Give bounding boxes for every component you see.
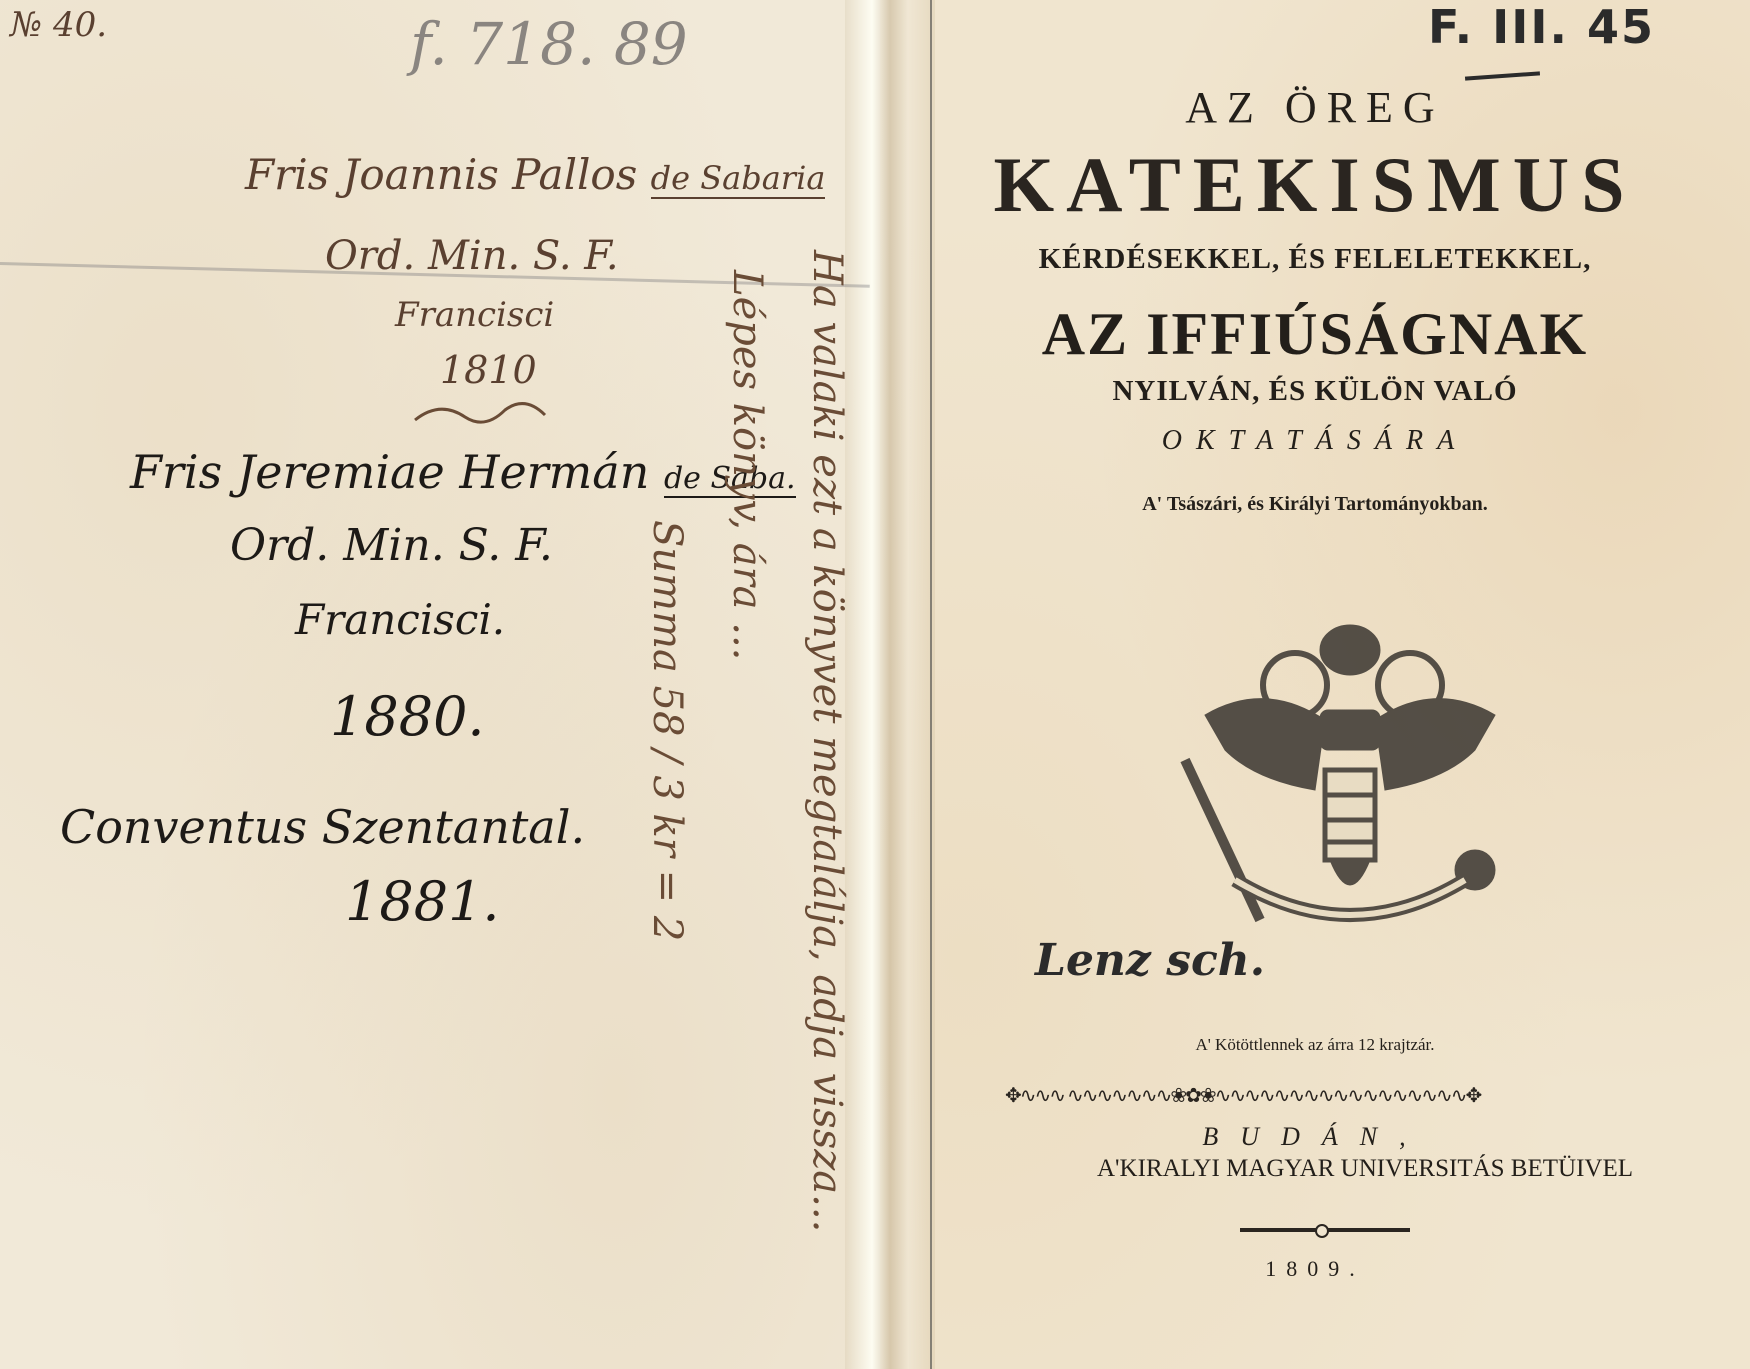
- catalog-number-mark: № 40.: [10, 5, 107, 45]
- inscription-1-origin: de Sabaria: [651, 159, 826, 199]
- inscription-2-name: Fris Jeremiae Hermán: [130, 445, 649, 499]
- inscription-2-francisci: Francisci.: [295, 595, 505, 644]
- flourish-divider-icon: [410, 395, 550, 435]
- inscription-2-year-1881: 1881.: [345, 870, 500, 933]
- subtitle-line-1: KÉRDÉSEKKEL, ÉS FELELETEKKEL,: [880, 243, 1750, 276]
- vertical-note-3: Summa 58 / 3 kr = 2: [644, 520, 690, 941]
- subtitle-line-5: A' Tsászári, és Királyi Tartományokban.: [880, 493, 1750, 516]
- imprint-place: BUDÁN,: [880, 1122, 1750, 1152]
- imprint-year: 1809.: [880, 1256, 1750, 1282]
- subtitle-line-3: NYILVÁN, ÉS KÜLÖN VALÓ: [880, 375, 1750, 408]
- inscription-2-order: Ord. Min. S. F.: [230, 520, 553, 571]
- inscription-1-francisci: Francisci: [395, 295, 554, 335]
- subtitle-line-4: OKTATÁSÁRA: [880, 425, 1750, 457]
- double-headed-eagle-icon: [1165, 620, 1535, 940]
- decorative-wave-border-icon: ✥∿∿∿ ∿∿∿∿∿∿∿❀✿❀∿∿∿∿∿∿∿∿∿∿∿∿∿∿∿∿∿✥: [1005, 1085, 1735, 1105]
- title-line-1: AZ ÖREG: [880, 82, 1750, 133]
- vertical-note-1: Ha valaki ezt a könyvet megtalálja, adja…: [804, 250, 850, 1232]
- imprint-printer: A'KIRALYI MAGYAR UNIVERSITÁS BETÜIVEL: [995, 1155, 1735, 1183]
- inscription-1-name: Fris Joannis Pallos: [245, 150, 637, 199]
- library-shelf-mark: F. III. 45: [1428, 0, 1655, 54]
- ornamental-rule-icon: [1240, 1228, 1410, 1232]
- inscription-2-convent: Conventus Szentantal.: [60, 800, 585, 854]
- pencil-shelf-mark: f. 718. 89: [410, 10, 688, 78]
- vertical-note-2: Lépes könyv, ára ...: [724, 270, 770, 660]
- inscription-1-order: Ord. Min. S. F.: [325, 233, 619, 279]
- subtitle-line-2: AZ IFFIÚSÁGNAK: [880, 300, 1750, 369]
- inscription-1-year: 1810: [440, 348, 537, 392]
- title-main: KATEKISMUS: [880, 140, 1750, 230]
- handwritten-signature: Lenz sch.: [1035, 935, 1265, 986]
- inscription-2-year-1880: 1880.: [330, 685, 485, 748]
- price-note: A' Kötöttlennek az árra 12 krajtzár.: [880, 1035, 1750, 1055]
